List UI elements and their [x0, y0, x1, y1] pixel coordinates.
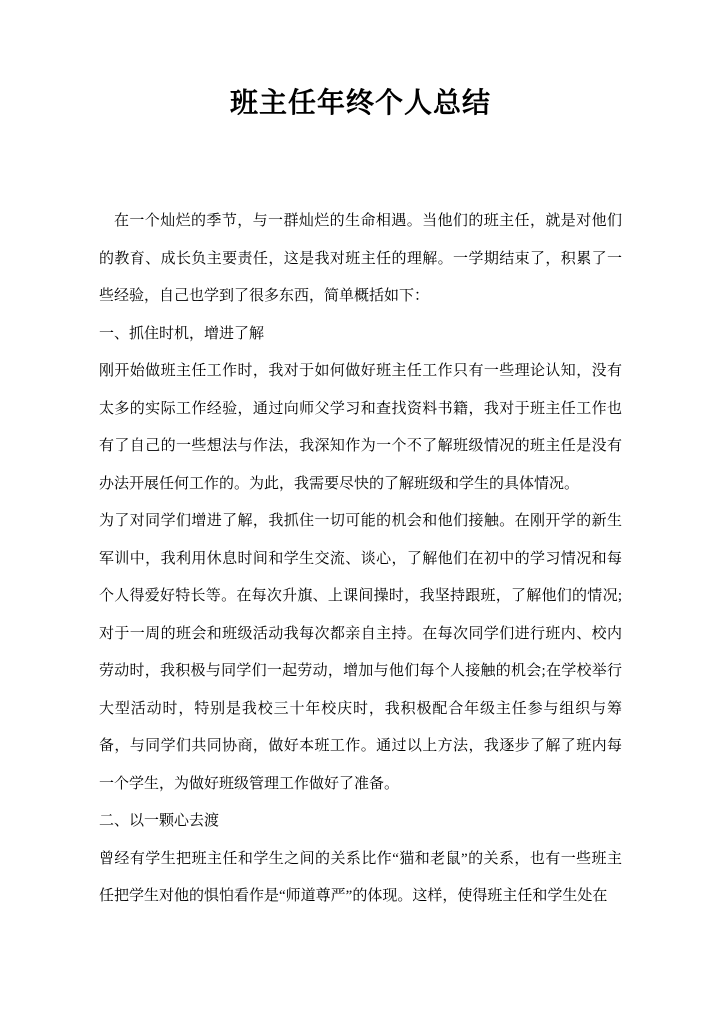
document-title: 班主任年终个人总结 [0, 0, 721, 126]
paragraph-section2-a: 曾经有学生把班主任和学生之间的关系比作“猫和老鼠”的关系，也有一些班主任把学生对… [99, 841, 622, 916]
document-body: 在一个灿烂的季节，与一群灿烂的生命相遇。当他们的班主任，就是对他们的教育、成长负… [99, 203, 622, 916]
paragraph-section1-a: 刚开始做班主任工作时，我对于如何做好班主任工作只有一些理论认知，没有太多的实际工… [99, 353, 622, 503]
section-heading-1: 一、抓住时机，增进了解 [99, 316, 622, 354]
paragraph-intro: 在一个灿烂的季节，与一群灿烂的生命相遇。当他们的班主任，就是对他们的教育、成长负… [99, 203, 622, 316]
document-page: 班主任年终个人总结 在一个灿烂的季节，与一群灿烂的生命相遇。当他们的班主任，就是… [0, 0, 721, 1020]
paragraph-section1-b: 为了对同学们增进了解，我抓住一切可能的机会和他们接触。在刚开学的新生军训中，我利… [99, 503, 622, 803]
section-heading-2: 二、以一颗心去渡 [99, 803, 622, 841]
